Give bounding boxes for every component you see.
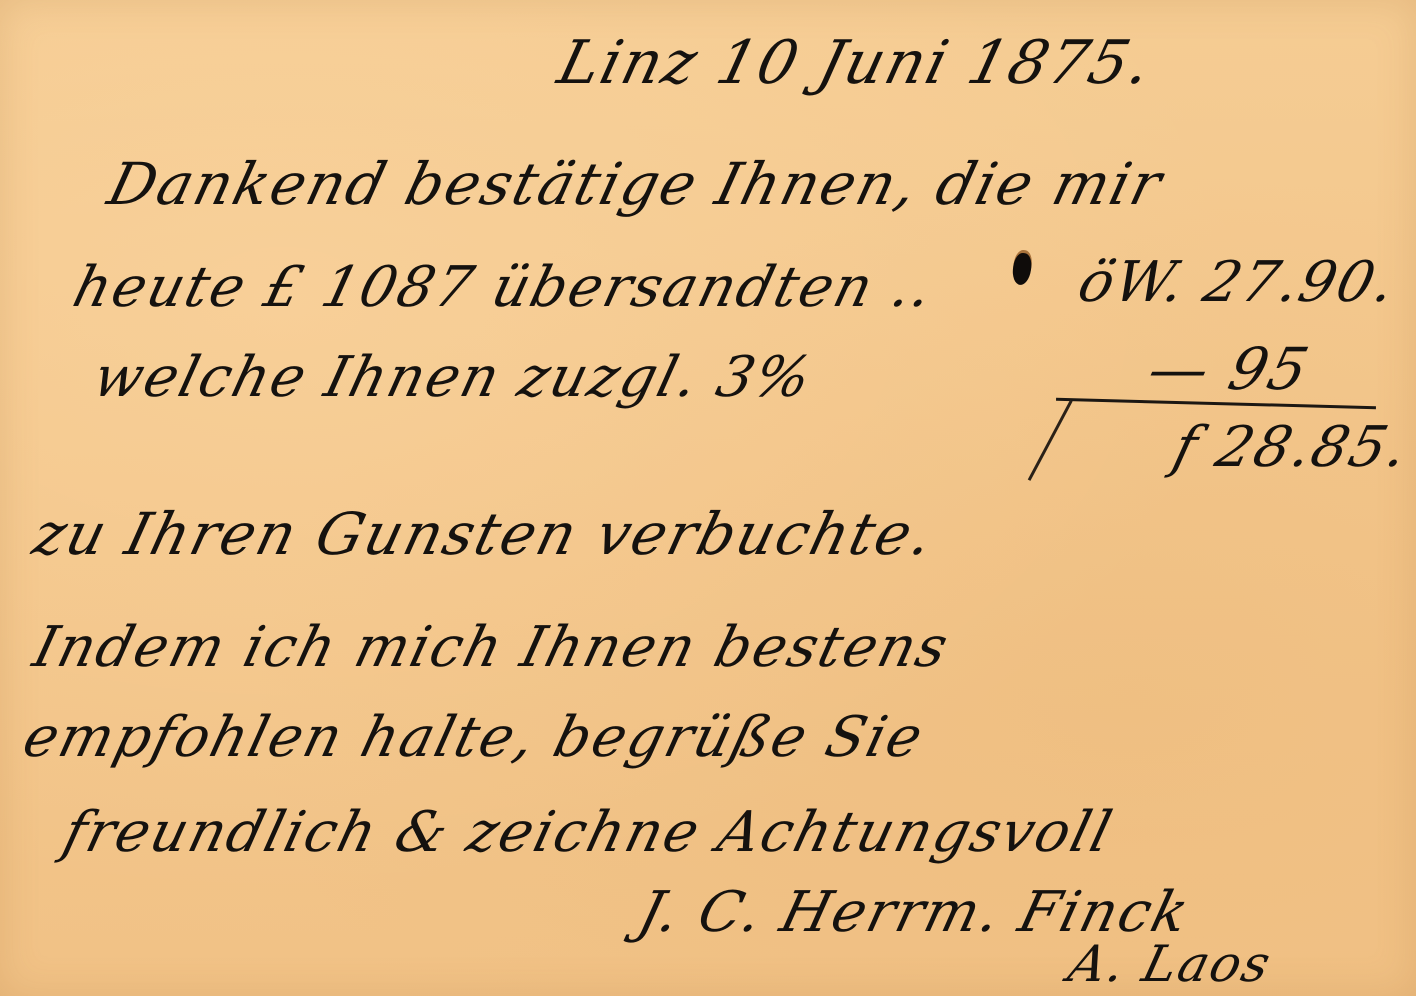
amount-value: öW. 27.90. xyxy=(1072,250,1403,315)
body-line-5: Indem ich mich Ihnen bestens xyxy=(27,615,956,680)
adjustment-value: — 95 xyxy=(1142,335,1317,403)
total-value: f 28.85. xyxy=(1167,415,1416,480)
date-line: Linz 10 Juni 1875. xyxy=(551,28,1160,98)
postcard: Linz 10 Juni 1875. Dankend bestätige Ihn… xyxy=(0,0,1416,996)
signature-line-2: A. Laos xyxy=(1063,935,1278,993)
body-line-6: empfohlen halte, begrüße Sie xyxy=(17,705,931,770)
ink-blot xyxy=(1011,252,1033,286)
body-line-2: heute £ 1087 übersandten .. xyxy=(67,255,941,320)
sum-slash-mark xyxy=(1028,400,1073,481)
body-line-4: zu Ihren Gunsten verbuchte. xyxy=(27,500,942,568)
body-line-3: welche Ihnen zuzgl. 3% xyxy=(87,345,819,410)
body-line-1: Dankend bestätige Ihnen, die mir xyxy=(102,150,1171,218)
body-line-7: freundlich & zeichne Achtungsvoll xyxy=(57,800,1120,865)
